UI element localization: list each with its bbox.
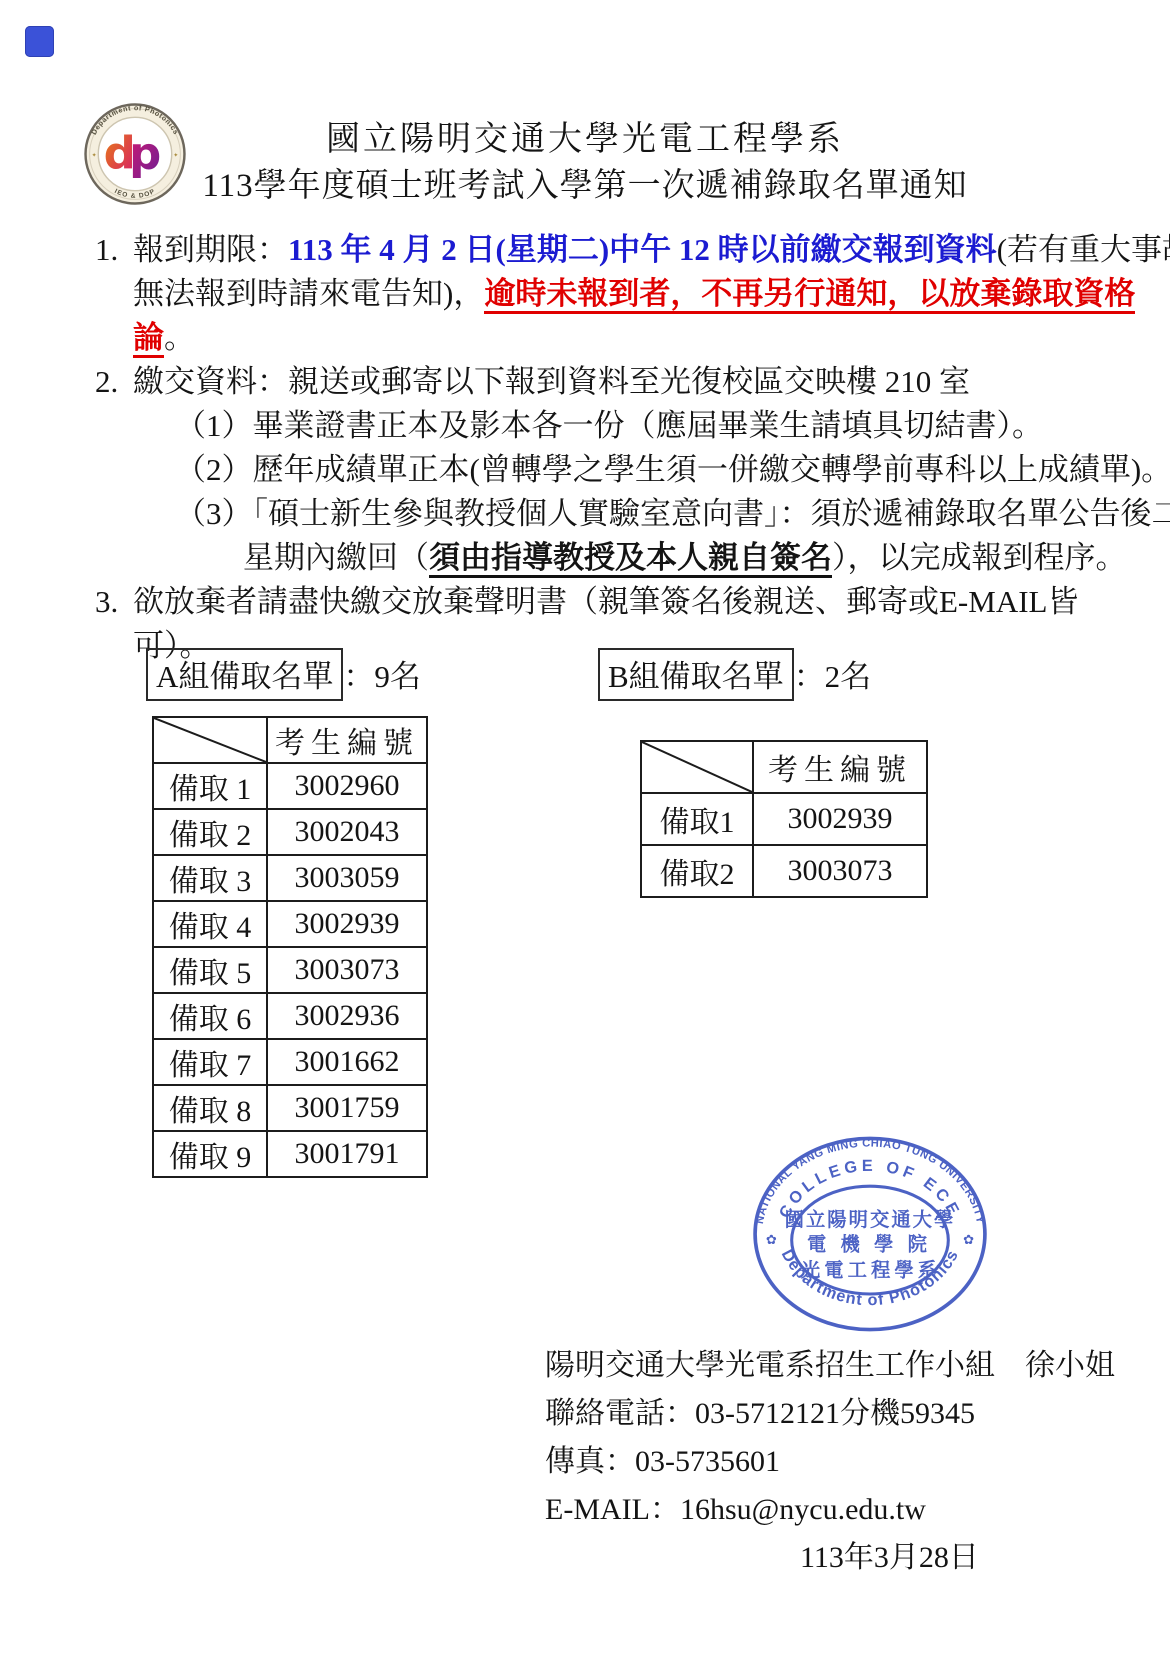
- item1-line2-plain: 無法報到時請來電告知)，: [133, 276, 484, 311]
- item3-line1-wrap: 3.欲放棄者請盡快繳交放棄聲明書（親筆簽名後親送、郵寄或E-MAIL皆: [95, 580, 1095, 624]
- item2-number: 2.: [95, 360, 133, 404]
- candidate-id-cell: 3003073: [267, 947, 427, 993]
- item1-warning-highlight: 逾時未報到者，不再另行通知，以放棄錄取資格: [484, 276, 1135, 314]
- document-date: 113年3月28日: [800, 1532, 979, 1576]
- item2-line1: 2.繳交資料：親送或郵寄以下報到資料至光復校區交映樓 210 室: [95, 360, 1095, 404]
- group-a-label-row: A組備取名單：9名: [146, 648, 421, 701]
- item1-line1: 1.報到期限：113 年 4 月 2 日(星期二)中午 12 時以前繳交報到資料…: [95, 228, 1095, 272]
- item1-deadline-highlight: 113 年 4 月 2 日(星期二)中午 12 時以前繳交報到資料: [288, 232, 997, 267]
- item2-signature-requirement: 須由指導教授及本人親自簽名: [429, 540, 832, 578]
- rank-cell: 備取1: [641, 793, 753, 845]
- table-row: 備取 63002936: [153, 993, 427, 1039]
- candidate-id-cell: 3003059: [267, 855, 427, 901]
- table-row: 備取 23002043: [153, 809, 427, 855]
- notice-list: 1.報到期限：113 年 4 月 2 日(星期二)中午 12 時以前繳交報到資料…: [95, 228, 1095, 668]
- item3-line1: 欲放棄者請盡快繳交放棄聲明書（親筆簽名後親送、郵寄或E-MAIL皆: [133, 584, 1078, 619]
- table-row: 備取 33003059: [153, 855, 427, 901]
- item2-sub2: （2）歷年成績單正本(曾轉學之學生須一併繳交轉學前專科以上成績單)。: [95, 448, 1095, 492]
- diagonal-line: [154, 718, 266, 762]
- rank-cell: 備取 9: [153, 1131, 267, 1177]
- column-header: 考生編號: [753, 741, 927, 793]
- rank-cell: 備取 5: [153, 947, 267, 993]
- rank-cell: 備取 3: [153, 855, 267, 901]
- item2-sub3-line2: 星期內繳回（須由指導教授及本人親自簽名），以完成報到程序。: [95, 536, 1095, 580]
- diagonal-line: [642, 742, 752, 792]
- item2-sub3-pre: 星期內繳回（: [243, 540, 429, 575]
- item1-number: 1.: [95, 228, 133, 272]
- stamp-flower-left-icon: ✿: [766, 1232, 777, 1247]
- contact-phone: 聯絡電話：03-5712121分機59345: [545, 1390, 1165, 1438]
- document-header: 國立陽明交通大學光電工程學系 113學年度碩士班考試入學第一次遞補錄取名單通知: [0, 116, 1170, 210]
- candidate-id-cell: 3002936: [267, 993, 427, 1039]
- rank-cell: 備取 8: [153, 1085, 267, 1131]
- group-a-roster-table: 考生編號 備取 13002960 備取 23002043 備取 33003059…: [152, 716, 428, 1178]
- department-stamp: NATIONAL YANG MING CHIAO TUNG UNIVERSITY…: [750, 1134, 990, 1334]
- rank-cell: 備取 4: [153, 901, 267, 947]
- table-row: 備取23003073: [641, 845, 927, 897]
- item2-sub3-post: ），以完成報到程序。: [832, 540, 1127, 575]
- candidate-id-cell: 3001759: [267, 1085, 427, 1131]
- group-b-roster-table: 考生編號 備取13002939 備取23003073: [640, 740, 928, 898]
- item3-number: 3.: [95, 580, 133, 624]
- table-row: 備取 83001759: [153, 1085, 427, 1131]
- contact-team: 陽明交通大學光電系招生工作小組 徐小姐: [545, 1342, 1165, 1390]
- table-row: 備取 53003073: [153, 947, 427, 993]
- stamp-inner-line1: 國立陽明交通大學: [785, 1208, 956, 1231]
- document-page: Department of Photonics IEO & DOP ✦ ✦ d …: [0, 0, 1170, 1654]
- group-b-count: ：2名: [794, 659, 872, 694]
- group-b-label-row: B組備取名單：2名: [598, 648, 871, 701]
- table-row: 備取 13002960: [153, 763, 427, 809]
- item2-head: 繳交資料：親送或郵寄以下報到資料至光復校區交映樓 210 室: [133, 364, 970, 399]
- stamp-inner-line2: 電機學院: [807, 1232, 941, 1255]
- contact-email: E-MAIL：16hsu@nycu.edu.tw: [545, 1486, 1165, 1534]
- doc-title: 113學年度碩士班考試入學第一次遞補錄取名單通知: [0, 163, 1170, 210]
- candidate-id-cell: 3002939: [753, 793, 927, 845]
- table-header-row: 考生編號: [641, 741, 927, 793]
- group-a-count: ：9名: [343, 659, 421, 694]
- item1-period: 。: [164, 320, 195, 355]
- stamp-seal: NATIONAL YANG MING CHIAO TUNG UNIVERSITY…: [750, 1134, 990, 1334]
- contact-block: 陽明交通大學光電系招生工作小組 徐小姐 聯絡電話：03-5712121分機593…: [545, 1342, 1165, 1534]
- rank-cell: 備取 1: [153, 763, 267, 809]
- candidate-id-cell: 3003073: [753, 845, 927, 897]
- rank-cell: 備取 2: [153, 809, 267, 855]
- table-header-row: 考生編號: [153, 717, 427, 763]
- item1-line2: 無法報到時請來電告知)，逾時未報到者，不再另行通知，以放棄錄取資格: [95, 272, 1095, 316]
- group-a-label: A組備取名單: [146, 648, 343, 701]
- diagonal-header-cell: [153, 717, 267, 763]
- table-row: 備取 73001662: [153, 1039, 427, 1085]
- org-title: 國立陽明交通大學光電工程學系: [0, 116, 1170, 163]
- contact-fax: 傳真：03-5735601: [545, 1438, 1165, 1486]
- stamp-flower-right-icon: ✿: [963, 1232, 974, 1247]
- group-b-label: B組備取名單: [598, 648, 794, 701]
- rank-cell: 備取 6: [153, 993, 267, 1039]
- item1-line3: 論。: [95, 316, 1095, 360]
- table-row: 備取13002939: [641, 793, 927, 845]
- rank-cell: 備取 7: [153, 1039, 267, 1085]
- candidate-id-cell: 3002939: [267, 901, 427, 947]
- column-header: 考生編號: [267, 717, 427, 763]
- item1-prefix: 報到期限：: [133, 232, 288, 267]
- rank-cell: 備取2: [641, 845, 753, 897]
- item2-sub1: （1）畢業證書正本及影本各一份（應屆畢業生請填具切結書）。: [95, 404, 1095, 448]
- candidate-id-cell: 3002043: [267, 809, 427, 855]
- table-row: 備取 93001791: [153, 1131, 427, 1177]
- pdf-annotation-note-icon[interactable]: [25, 26, 54, 57]
- candidate-id-cell: 3002960: [267, 763, 427, 809]
- item2-sub3-line1: （3）「碩士新生參與教授個人實驗室意向書」：須於遞補錄取名單公告後二: [95, 492, 1095, 536]
- table-row: 備取 43002939: [153, 901, 427, 947]
- diagonal-header-cell: [641, 741, 753, 793]
- item1-paren-note: (若有重大事故: [997, 232, 1170, 267]
- candidate-id-cell: 3001791: [267, 1131, 427, 1177]
- item1-warning-highlight-end: 論: [133, 320, 164, 358]
- candidate-id-cell: 3001662: [267, 1039, 427, 1085]
